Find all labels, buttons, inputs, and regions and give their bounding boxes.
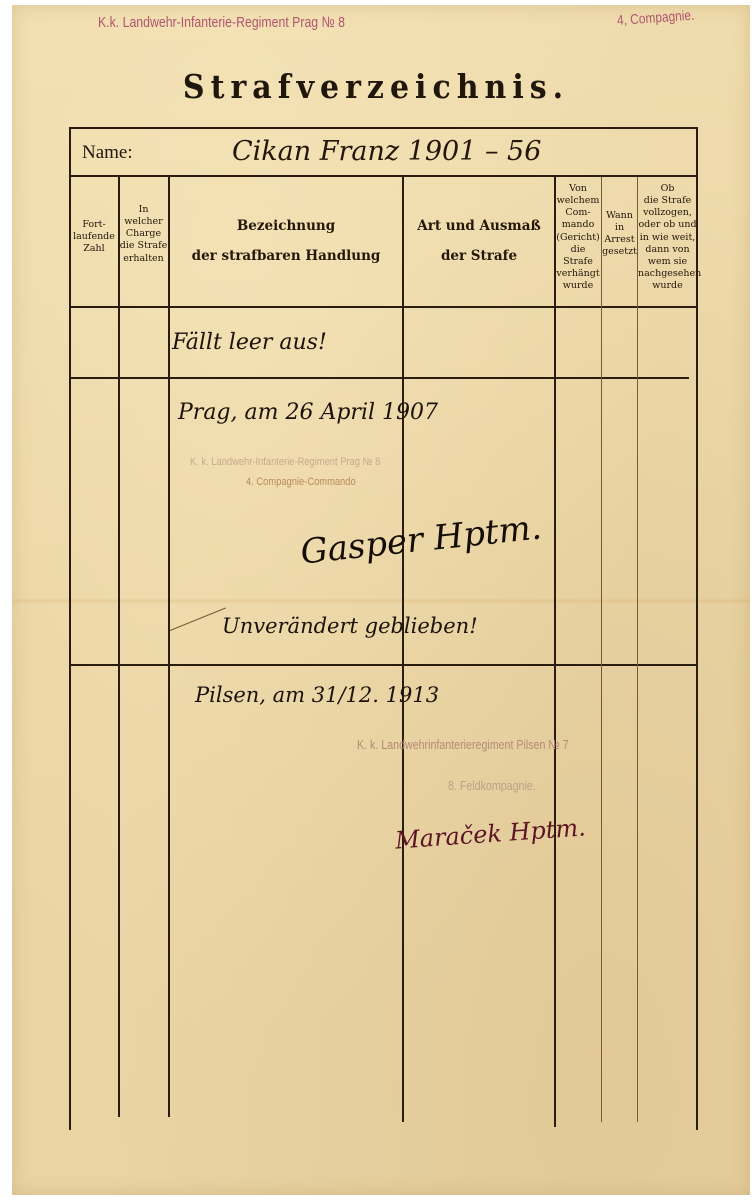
column-header-command: Von welchem Com- mando (Gericht) die Str…	[555, 183, 601, 292]
paper-fold	[12, 598, 750, 604]
row-divider-1	[69, 377, 689, 379]
regiment-stamp-lower: K. k. Landwehrinfanterieregiment Pilsen …	[357, 737, 569, 752]
column-divider-2	[168, 177, 170, 1117]
entry-date-prague: Prag, am 26 April 1907	[178, 400, 438, 425]
column-header-sequence-number: Fort- laufende Zahl	[70, 219, 118, 255]
table-top-border	[69, 127, 698, 129]
table-left-border	[69, 127, 71, 1130]
column-divider-6	[637, 177, 638, 1122]
regiment-stamp-top: K.k. Landwehr-Infanterie-Regiment Prag №…	[98, 14, 345, 31]
entry-unchanged: Unverändert geblieben!	[222, 614, 478, 638]
page-title: Strafverzeichnis.	[0, 69, 752, 107]
column-divider-3	[402, 177, 404, 1122]
entry-none: Fällt leer aus!	[172, 330, 327, 355]
regiment-stamp-middle: K. k. Landwehr-Infanterie-Regiment Prag …	[190, 456, 380, 468]
company-command-stamp: 4. Compagnie-Commando	[246, 476, 356, 488]
column-divider-1	[118, 177, 120, 1117]
header-bottom-border	[69, 306, 698, 308]
column-divider-4	[554, 177, 556, 1127]
entry-date-pilsen: Pilsen, am 31/12. 1913	[195, 683, 439, 707]
column-header-rank: In welcher Charge die Strafe erhalten	[119, 204, 168, 265]
row-divider-2	[69, 664, 698, 666]
field-company-stamp: 8. Feldkompagnie.	[448, 778, 536, 793]
name-value: Cikan Franz 1901 – 56	[232, 136, 541, 167]
column-divider-5	[601, 177, 602, 1122]
column-header-execution: Ob die Strafe vollzogen, oder ob und in …	[638, 183, 697, 292]
column-header-punishment: Art und Ausmaß der Strafe	[404, 212, 554, 271]
name-label: Name:	[82, 142, 133, 164]
column-header-arrest: Wann in Arrest gesetzt	[602, 210, 637, 259]
name-row-divider	[69, 175, 698, 177]
column-header-offense: Bezeichnung der strafbaren Handlung	[170, 212, 402, 271]
